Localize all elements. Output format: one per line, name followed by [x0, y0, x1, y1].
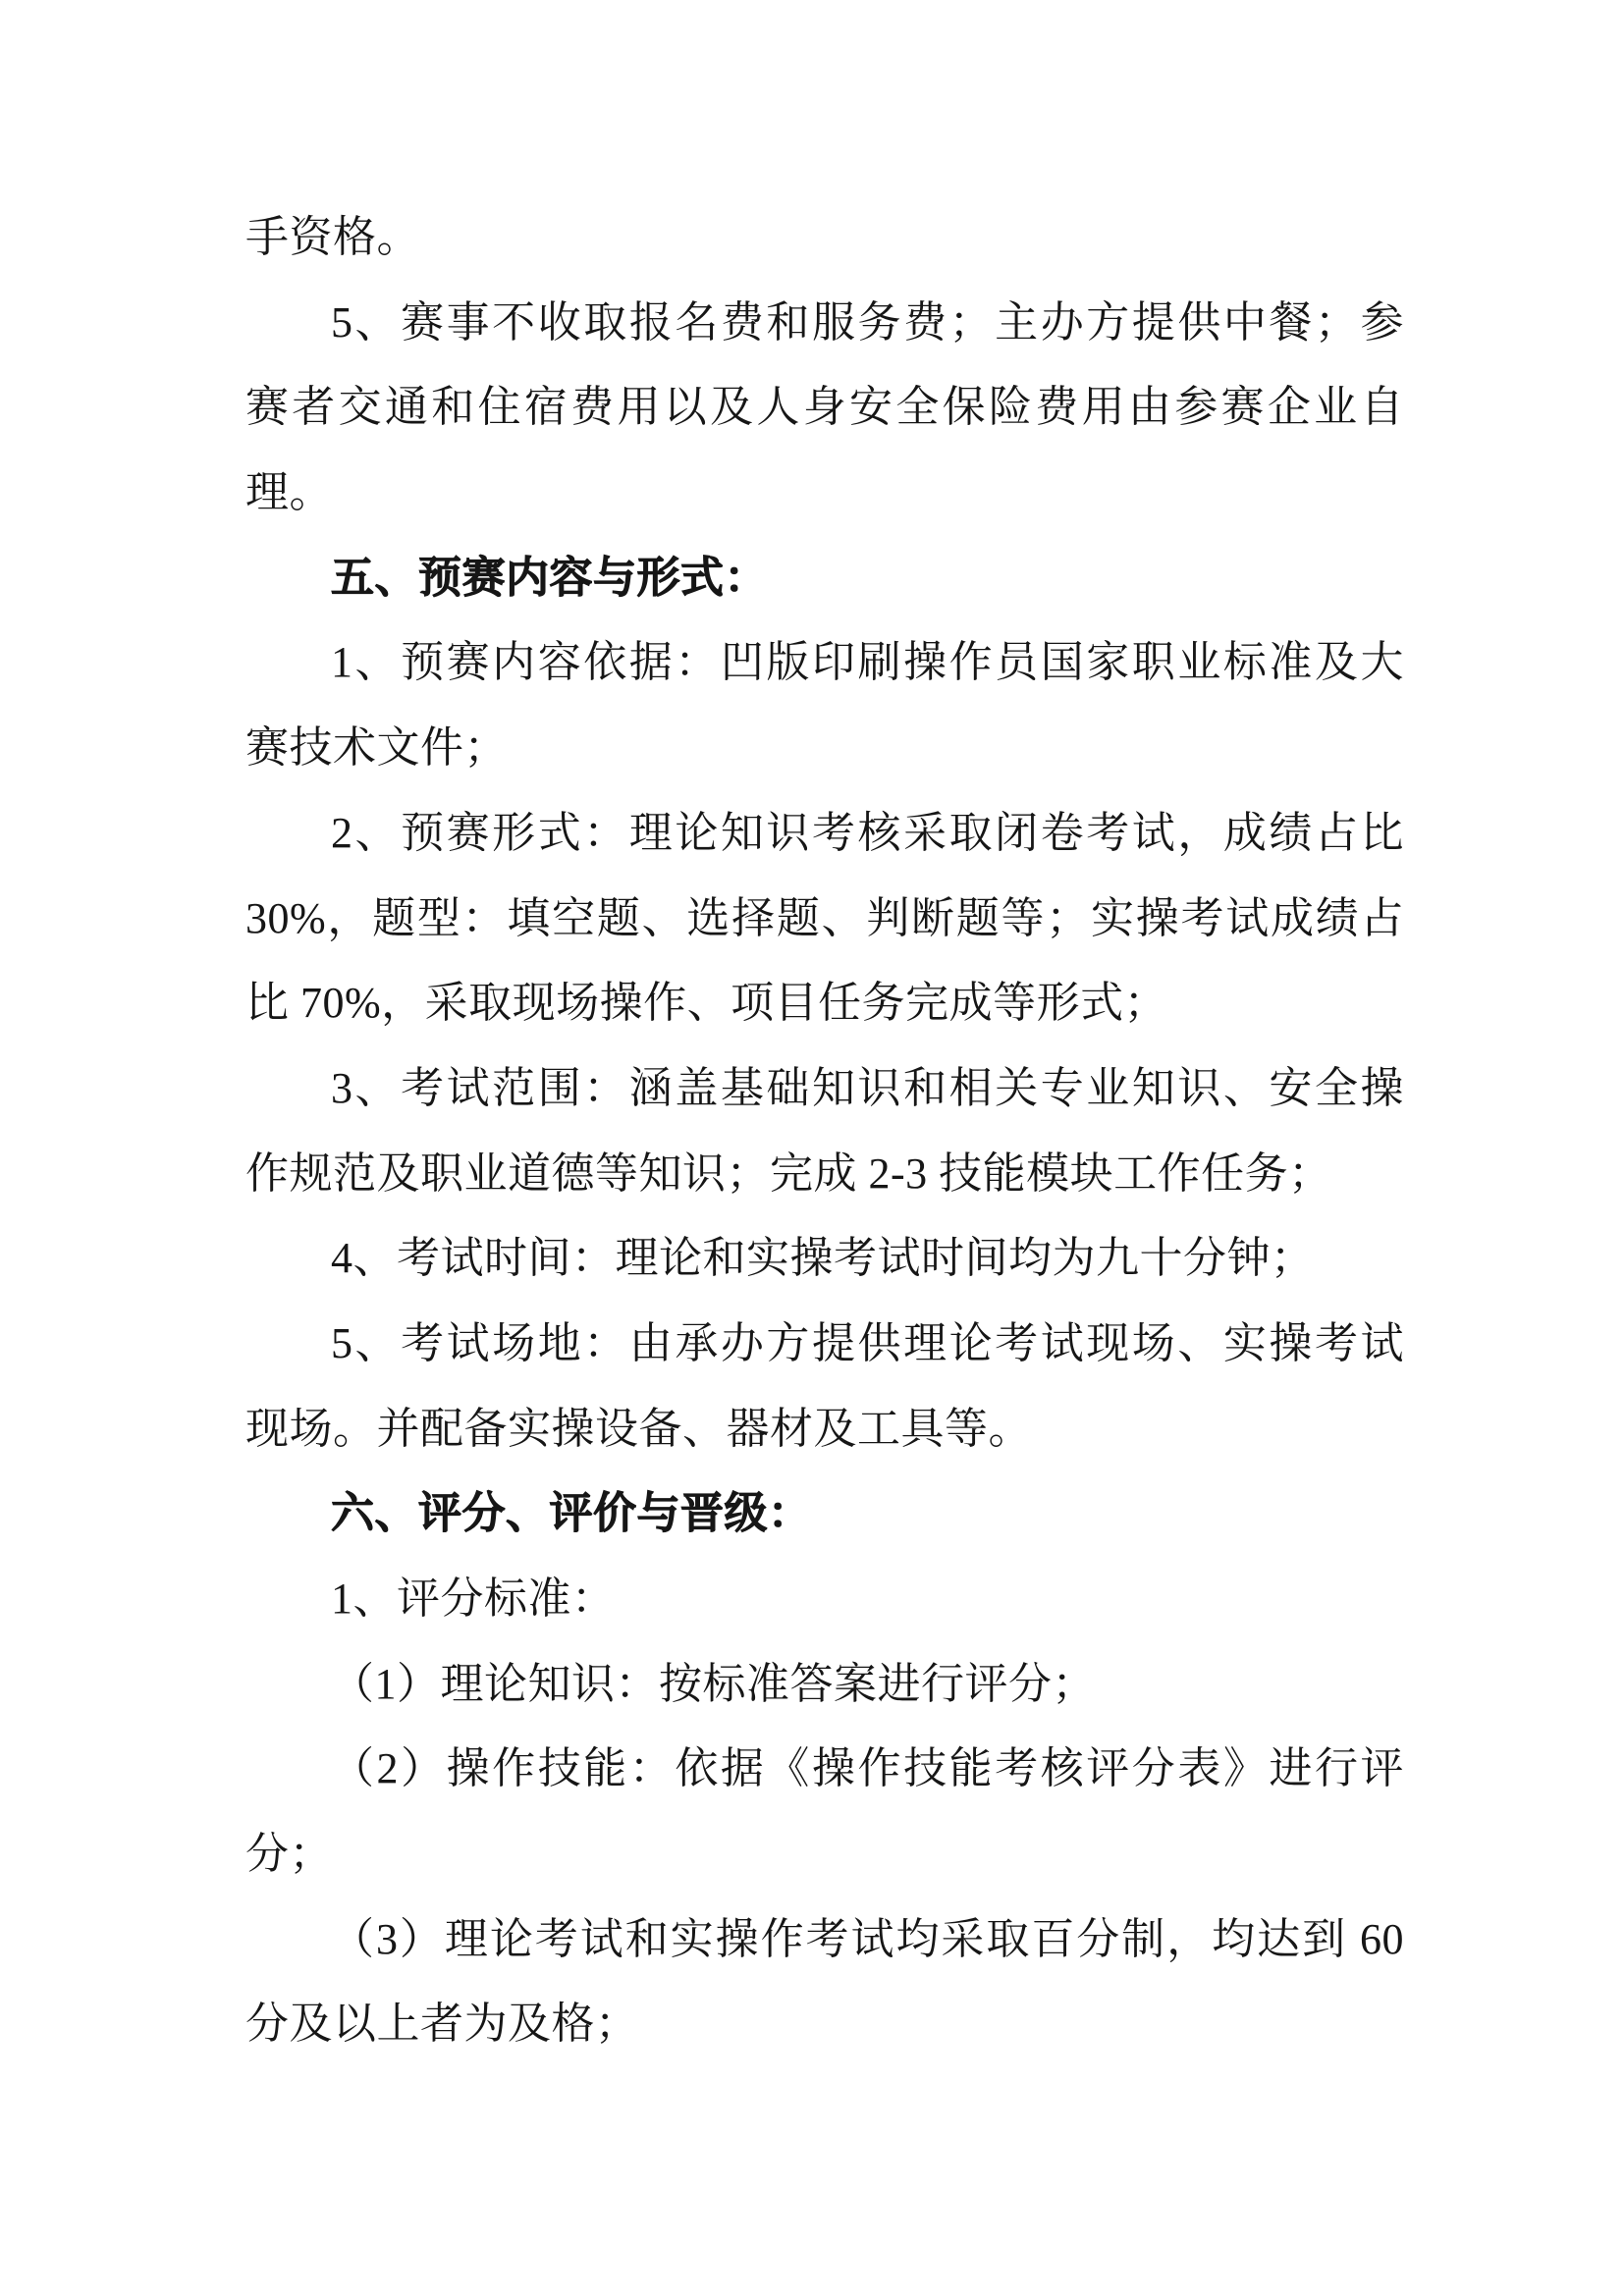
- document-page: 手资格。5、赛事不收取报名费和服务费；主办方提供中餐；参赛者交通和住宿费用以及人…: [0, 0, 1624, 2296]
- text-line: 六、评分、评价与晋级：: [245, 1471, 1404, 1557]
- text-line: 现场。并配备实操设备、器材及工具等。: [245, 1387, 1404, 1472]
- text-line: 作规范及职业道德等知识；完成 2-3 技能模块工作任务；: [245, 1132, 1404, 1217]
- text-line: 1、评分标准：: [245, 1557, 1404, 1642]
- text-line: （3）理论考试和实操作考试均采取百分制，均达到 60: [245, 1897, 1404, 1983]
- text-line: 5、考试场地：由承办方提供理论考试现场、实操考试: [245, 1302, 1404, 1387]
- text-line: 4、考试时间：理论和实操考试时间均为九十分钟；: [245, 1216, 1404, 1302]
- text-line: 手资格。: [245, 195, 1404, 281]
- text-line: 1、预赛内容依据：凹版印刷操作员国家职业标准及大: [245, 620, 1404, 706]
- text-line: 分；: [245, 1812, 1404, 1897]
- text-line: 3、考试范围：涵盖基础知识和相关专业知识、安全操: [245, 1046, 1404, 1132]
- text-line: 30%，题型：填空题、选择题、判断题等；实操考试成绩占: [245, 877, 1404, 962]
- text-line: 2、预赛形式：理论知识考核采取闭卷考试，成绩占比: [245, 791, 1404, 877]
- text-line: 分及以上者为及格；: [245, 1982, 1404, 2067]
- document-text-block: 手资格。5、赛事不收取报名费和服务费；主办方提供中餐；参赛者交通和住宿费用以及人…: [245, 195, 1404, 2067]
- text-line: 赛者交通和住宿费用以及人身安全保险费用由参赛企业自: [245, 365, 1404, 451]
- text-line: 赛技术文件；: [245, 706, 1404, 791]
- text-line: （1）理论知识：按标准答案进行评分；: [245, 1642, 1404, 1728]
- text-line: 比 70%，采取现场操作、项目任务完成等形式；: [245, 961, 1404, 1046]
- text-line: 五、预赛内容与形式：: [245, 536, 1404, 621]
- text-line: 理。: [245, 451, 1404, 536]
- text-line: 5、赛事不收取报名费和服务费；主办方提供中餐；参: [245, 281, 1404, 366]
- text-line: （2）操作技能：依据《操作技能考核评分表》进行评: [245, 1727, 1404, 1812]
